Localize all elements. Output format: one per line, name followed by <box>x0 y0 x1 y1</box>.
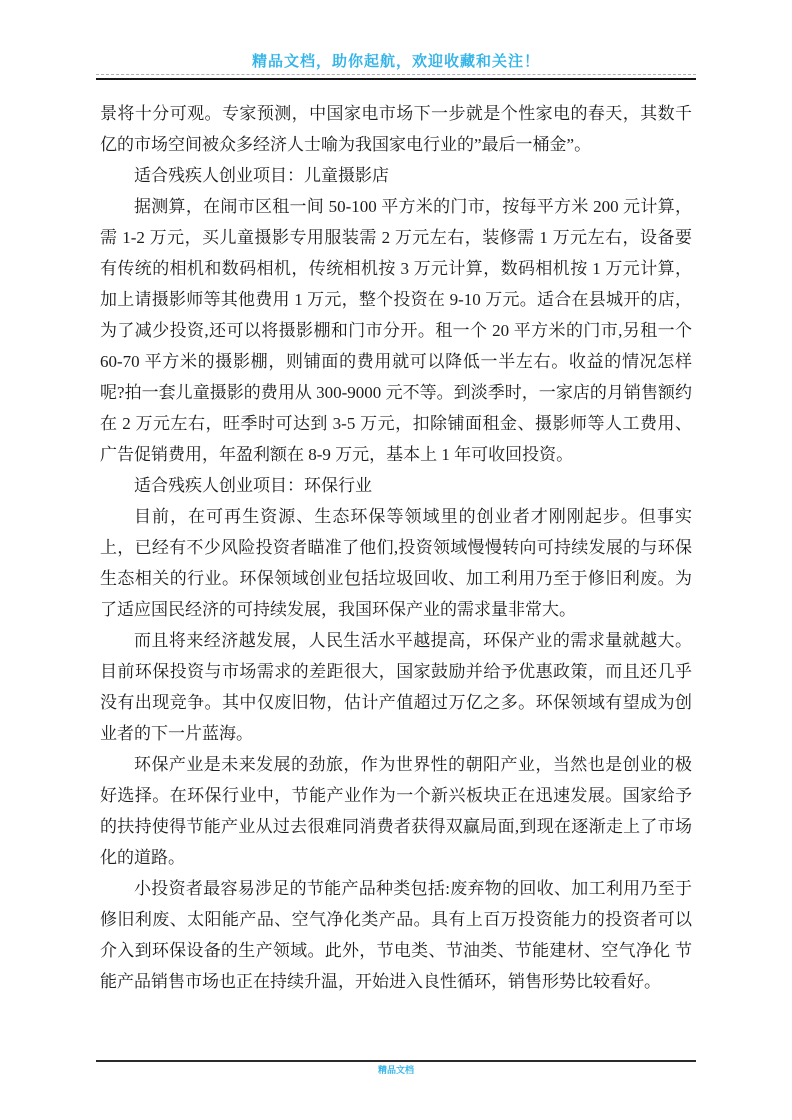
footer-divider <box>96 1060 696 1062</box>
paragraph: 据测算，在闹市区租一间 50-100 平方米的门市，按每平方米 200 元计算，… <box>100 191 692 470</box>
header-divider <box>96 74 696 80</box>
footer-label: 精品文档 <box>0 1063 792 1076</box>
section-heading-children-photography: 适合残疾人创业项目：儿童摄影店 <box>100 160 692 191</box>
paragraph: 小投资者最容易涉足的节能产品种类包括:废弃物的回收、加工利用乃至于修旧利废、太阳… <box>100 873 692 997</box>
document-page: 精品文档，助你起航，欢迎收藏和关注！ 景将十分可观。专家预测，中国家电市场下一步… <box>0 0 792 1120</box>
document-body: 景将十分可观。专家预测，中国家电市场下一步就是个性家电的春天，其数千亿的市场空间… <box>100 98 692 997</box>
header-slogan: 精品文档，助你起航，欢迎收藏和关注！ <box>0 50 792 71</box>
paragraph: 景将十分可观。专家预测，中国家电市场下一步就是个性家电的春天，其数千亿的市场空间… <box>100 98 692 160</box>
section-heading-environmental-industry: 适合残疾人创业项目：环保行业 <box>100 470 692 501</box>
paragraph: 环保产业是未来发展的劲旅，作为世界性的朝阳产业，当然也是创业的极好选择。在环保行… <box>100 749 692 873</box>
paragraph: 而且将来经济越发展，人民生活水平越提高，环保产业的需求量就越大。目前环保投资与市… <box>100 625 692 749</box>
paragraph: 目前，在可再生资源、生态环保等领域里的创业者才刚刚起步。但事实上，已经有不少风险… <box>100 501 692 625</box>
